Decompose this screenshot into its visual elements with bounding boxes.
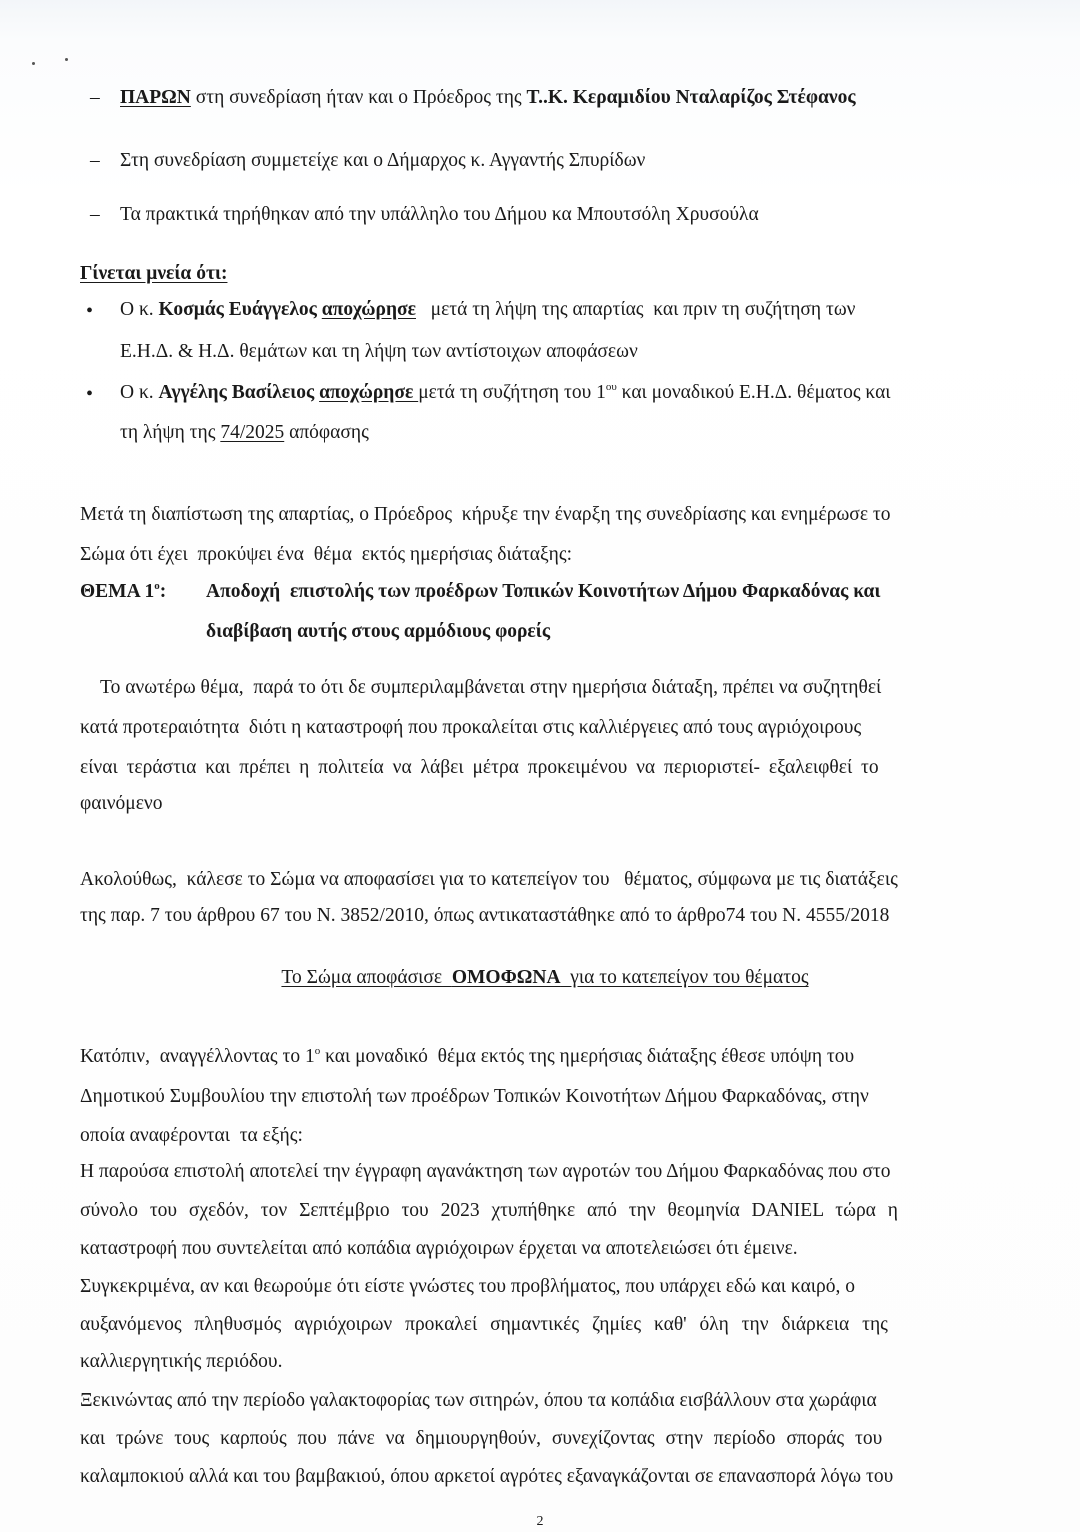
vote-call-line-1: Ακολούθως, κάλεσε το Σώμα να αποφασίσει … [80, 868, 1010, 892]
letter-line-3: καταστροφή που συντελείται από κοπάδια α… [80, 1237, 1010, 1261]
announcement-line-1: Κατόπιν, αναγγέλλοντας το 1ο και μοναδικ… [80, 1045, 1010, 1069]
bullet-icon: • [86, 383, 93, 406]
decision-number: 74/2025 [220, 422, 284, 443]
theme-title-line-2: διαβίβαση αυτής στους αρμόδιους φορείς [206, 620, 1006, 644]
theme-label: ΘΕΜΑ 1ο: [80, 581, 166, 602]
vote-call-line-2: της παρ. 7 του άρθρου 67 του Ν. 3852/201… [80, 904, 1010, 928]
president-name: Τ..Κ. Κεραμιδίου Νταλαρίζος Στέφανος [527, 87, 856, 108]
letter-line-4: Συγκεκριμένα, αν και θεωρούμε ότι είστε … [80, 1275, 1010, 1299]
attendance-line-3: –Τα πρακτικά τηρήθηκαν από την υπάλληλο … [80, 203, 1010, 227]
urgency-line-4: φαινόμενο [80, 792, 1010, 816]
theme-title-line-1: ΘΕΜΑ 1ο: Αποδοχή επιστολής των προέδρων … [80, 580, 1010, 604]
document-page: –ΠΑΡΩΝ στη συνεδρίαση ήταν και ο Πρόεδρο… [0, 0, 1080, 1532]
mention-2-line-1: Ο κ. Αγγέλης Βασίλειος αποχώρησε μετά τη… [120, 381, 1010, 405]
letter-line-7: Ξεκινώντας από την περίοδο γαλακτοφορίας… [80, 1389, 1010, 1413]
mention-2-line-2: τη λήψη της 74/2025 απόφασης [120, 421, 1010, 445]
urgency-line-3: είναι τεράστια και πρέπει η πολιτεία να … [80, 756, 1010, 780]
scan-speck [32, 62, 35, 65]
announcement-line-2: Δημοτικού Συμβουλίου την επιστολή των πρ… [80, 1085, 1010, 1109]
mention-heading: Γίνεται μνεία ότι: [80, 262, 1010, 286]
present-label: ΠΑΡΩΝ [120, 87, 191, 108]
intro-line-1: Μετά τη διαπίστωση της απαρτίας, ο Πρόεδ… [80, 503, 1010, 527]
intro-line-2: Σώμα ότι έχει προκύψει ένα θέμα εκτός ημ… [80, 543, 1010, 567]
bullet-icon: • [86, 300, 93, 323]
unanimous-label: ΟΜΟΦΩΝΑ [452, 967, 561, 988]
letter-line-1: Η παρούσα επιστολή αποτελεί την έγγραφη … [80, 1160, 1010, 1184]
mention-1-line-1: Ο κ. Κοσμάς Ευάγγελος αποχώρησε μετά τη … [120, 298, 1010, 322]
announcement-line-3: οποία αναφέρονται τα εξής: [80, 1124, 1010, 1148]
decision-line: Το Σώμα αποφάσισε ΟΜΟΦΩΝΑ για το κατεπεί… [80, 966, 1010, 990]
letter-line-8: και τρώνε τους καρπούς που πάνε να δημιο… [80, 1427, 1010, 1451]
urgency-line-1: Το ανωτέρω θέμα, παρά το ότι δε συμπεριλ… [100, 676, 1030, 700]
attendance-line-1: –ΠΑΡΩΝ στη συνεδρίαση ήταν και ο Πρόεδρο… [80, 86, 1010, 110]
scan-speck [65, 58, 68, 61]
letter-line-6: καλλιεργητικής περιόδου. [80, 1350, 1010, 1374]
letter-line-5: αυξανόμενος πληθυσμός αγριόχοιρων προκαλ… [80, 1313, 1010, 1337]
page-number: 2 [0, 1514, 1080, 1530]
letter-line-2: σύνολο του σχεδόν, τον Σεπτέμβριο του 20… [80, 1199, 1010, 1223]
attendance-line-2: –Στη συνεδρίαση συμμετείχε και ο Δήμαρχο… [80, 149, 1010, 173]
mention-1-line-2: Ε.Η.Δ. & Η.Δ. θεμάτων και τη λήψη των αν… [120, 340, 1010, 364]
urgency-line-2: κατά προτεραιότητα διότι η καταστροφή πο… [80, 716, 1010, 740]
letter-line-9: καλαμποκιού αλλά και του βαμβακιού, όπου… [80, 1465, 1010, 1489]
